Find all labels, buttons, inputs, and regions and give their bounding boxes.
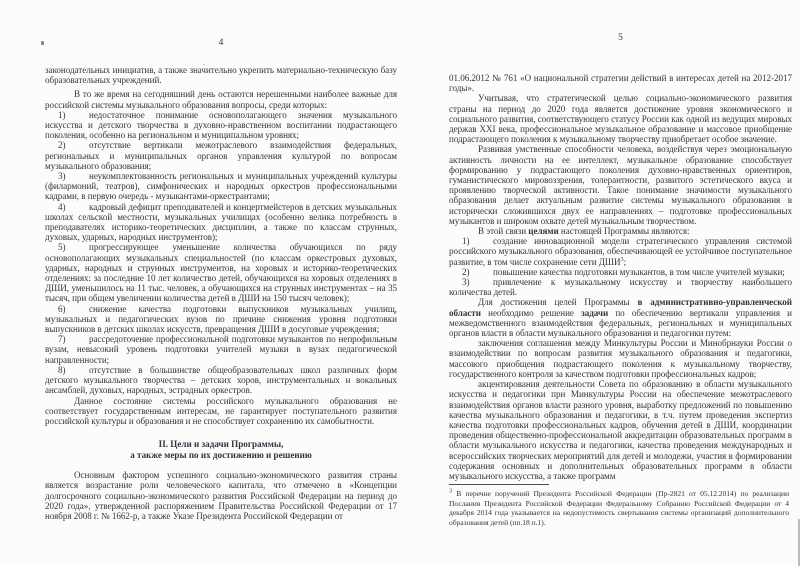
item-number: 1) [462,236,493,246]
item-text: недостаточное понимание основополагающег… [45,110,397,140]
tasks-s1: Для достижения целей Программы [478,297,637,307]
section-heading-line1: II. Цели и задачи Программы, [45,439,397,450]
page-right-body: 01.06.2012 № 761 «О национальной стратег… [449,73,792,523]
list-item-8: 8)отсутствие в большинстве общеобразоват… [45,365,397,396]
page-right: 5 01.06.2012 № 761 «О национальной страт… [449,33,792,523]
footnote: 3 В перечне поручений Президента Российс… [449,489,789,527]
item-text: неукомплектованность региональных и муни… [45,171,397,201]
paragraph-goals-lead: В этой связи целями настоящей Программы … [449,226,792,236]
item-number: 3) [462,277,493,287]
page-left: 4 законодательных инициатив, а также зна… [45,38,397,521]
item-text: повышение качества подготовки музыкантов… [493,267,785,277]
item-number: 2) [462,267,493,277]
page-number-right: 5 [449,33,792,43]
paragraph-agreement: заключения соглашения между Минкультуры … [449,338,792,379]
paragraph-intro: В то же время на сегодняшний день остают… [45,89,397,109]
list-item-3: 3)неукомплектованность региональных и му… [45,171,397,202]
scan-speck [41,41,44,45]
item-number: 5) [58,242,89,252]
list-item-1: 1)недостаточное понимание основополагающ… [45,110,397,141]
list-item-6: 6)снижение качества подготовки выпускник… [45,304,397,335]
paragraph-carryover: законодательных инициатив, а также значи… [45,65,397,85]
paragraph-developing: Развивая умственные способности человека… [449,144,792,226]
item-number: 8) [58,365,89,375]
item-number: 3) [58,171,89,181]
section-heading-line2: а также меры по их достижению и решению [45,450,397,461]
item-text: кадровый дефицит преподавателей и концер… [45,202,397,243]
item-number: 4) [58,202,89,212]
item-text-tail: ; [624,257,626,267]
list-item-7: 7)рассредоточение профессиональной подго… [45,334,397,365]
scan-speck [203,64,205,65]
paragraph-tasks: Для достижения целей Программы в админис… [449,297,792,338]
tasks-s2: необходимо решение [481,308,581,318]
item-number: 2) [58,140,89,150]
item-text: отсутствие вертикали межотраслевого взаи… [45,140,397,170]
goals-lead-bold: целями [528,226,558,236]
list-item-2: 2)отсутствие вертикали межотраслевого вз… [45,140,397,171]
goal-item-1: 1)создание инновационной модели стратеги… [449,236,792,267]
tasks-b2: задачи [581,308,608,318]
item-number: 6) [58,304,89,314]
section-heading: II. Цели и задачи Программы, а также мер… [45,439,397,461]
footnote-text: В перечне поручений Президента Российско… [449,489,789,527]
page-number-left: 4 [45,38,397,48]
item-text: привлечение к музыкальному искусству и т… [449,277,792,297]
item-text: снижение качества подготовки выпускников… [45,304,397,334]
goals-lead-pre: В этой связи [478,226,528,236]
paragraph-decree: 01.06.2012 № 761 «О национальной стратег… [449,73,792,93]
document-scan: 4 законодательных инициатив, а также зна… [0,0,800,566]
paragraph-council: акцентирования деятельности Совета по об… [449,379,792,481]
footnote-rule [449,484,549,485]
paragraph-bottom: Основным фактором успешного социально-эк… [45,470,397,521]
item-text: прогрессирующее уменьшение количества об… [45,242,397,303]
goal-item-2: 2)повышение качества подготовки музыкант… [449,267,792,277]
item-text: рассредоточение профессиональной подгото… [45,334,397,364]
paragraph-considering: Учитывая, что стратегической целью социа… [449,93,792,144]
goal-item-3: 3)привлечение к музыкальному искусству и… [449,277,792,297]
list-item-5: 5)прогрессирующее уменьшение количества … [45,242,397,303]
item-number: 1) [58,110,89,120]
footnote-block: 3 В перечне поручений Президента Российс… [449,484,789,527]
goals-lead-post: настоящей Программы являются: [559,226,690,236]
page-left-body: законодательных инициатив, а также значи… [45,65,397,521]
item-text: отсутствие в большинстве общеобразовател… [45,365,397,395]
list-item-4: 4)кадровый дефицит преподавателей и конц… [45,202,397,243]
item-number: 7) [58,334,89,344]
paragraph-state: Данное состояние системы российского муз… [45,396,397,427]
